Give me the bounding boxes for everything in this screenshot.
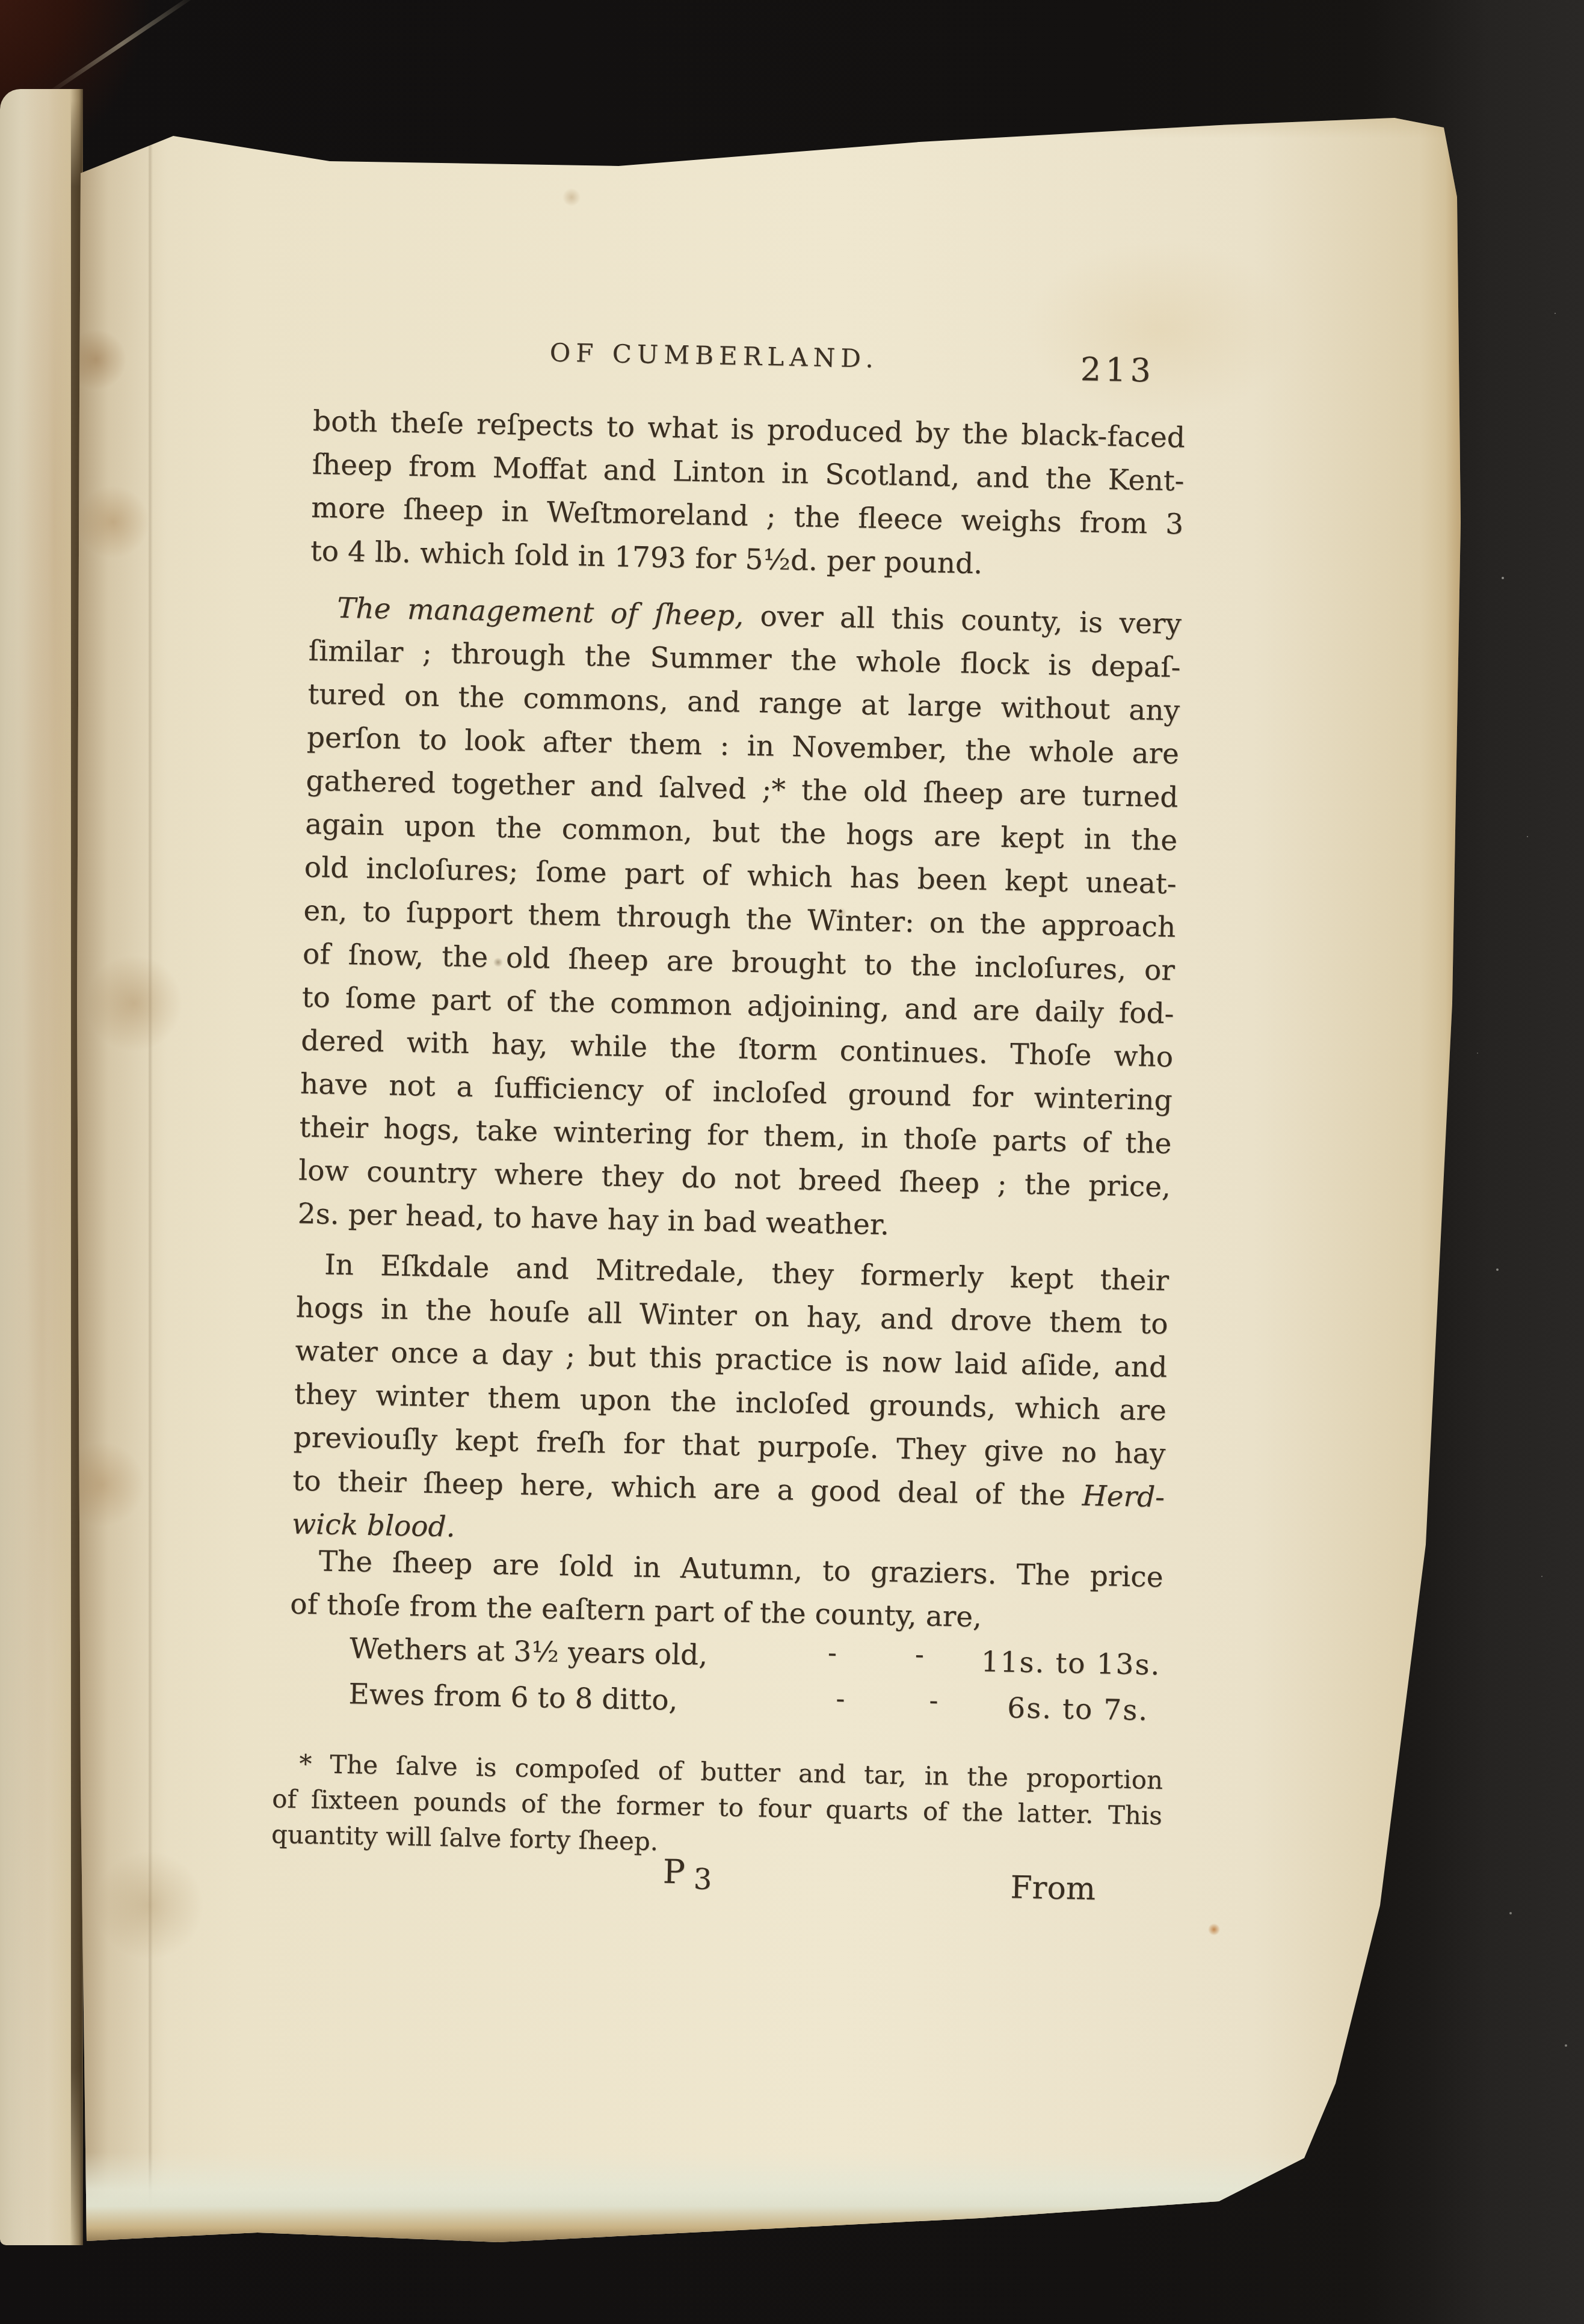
running-header-title: OF CUMBERLAND. xyxy=(314,333,1115,378)
signature-number: 3 xyxy=(693,1862,712,1896)
printed-text-layer: OF CUMBERLAND. 213 both theſe reſpects t… xyxy=(42,96,1467,2263)
paragraph-management: The management of ſheep, over all this c… xyxy=(297,586,1182,1253)
paragraph-fleece: both theſe reſpects to what is produced … xyxy=(310,400,1185,590)
catchword: From xyxy=(1010,1870,1096,1908)
running-header: OF CUMBERLAND. 213 xyxy=(314,333,1187,392)
paragraph-eskdale: In Eſkdale and Mitredale, they formerly … xyxy=(291,1243,1169,1563)
price-value: 6s. to 7s. xyxy=(1007,1691,1149,1727)
signature-mark: P3 xyxy=(662,1852,704,1891)
page-number: 213 xyxy=(1080,350,1155,389)
price-label: Ewes from 6 to 8 ditto, xyxy=(348,1677,678,1717)
footnote-salve: * The ſalve is compoſed of butter and ta… xyxy=(271,1745,1163,1869)
book-page: OF CUMBERLAND. 213 both theſe reſpects t… xyxy=(77,101,1461,2242)
paragraph-autumn-sales: The ſheep are ſold in Autumn, to grazier… xyxy=(290,1540,1163,1643)
leader-dash: - xyxy=(914,1639,924,1670)
price-label: Wethers at 3½ years old, xyxy=(349,1632,707,1671)
dust-speckles xyxy=(0,0,1,1)
leader-dash: - xyxy=(836,1683,845,1714)
leader-dash: - xyxy=(929,1685,938,1716)
price-value: 11s. to 13s. xyxy=(981,1646,1161,1682)
leader-dash: - xyxy=(828,1638,837,1668)
signature-letter: P xyxy=(662,1852,685,1891)
